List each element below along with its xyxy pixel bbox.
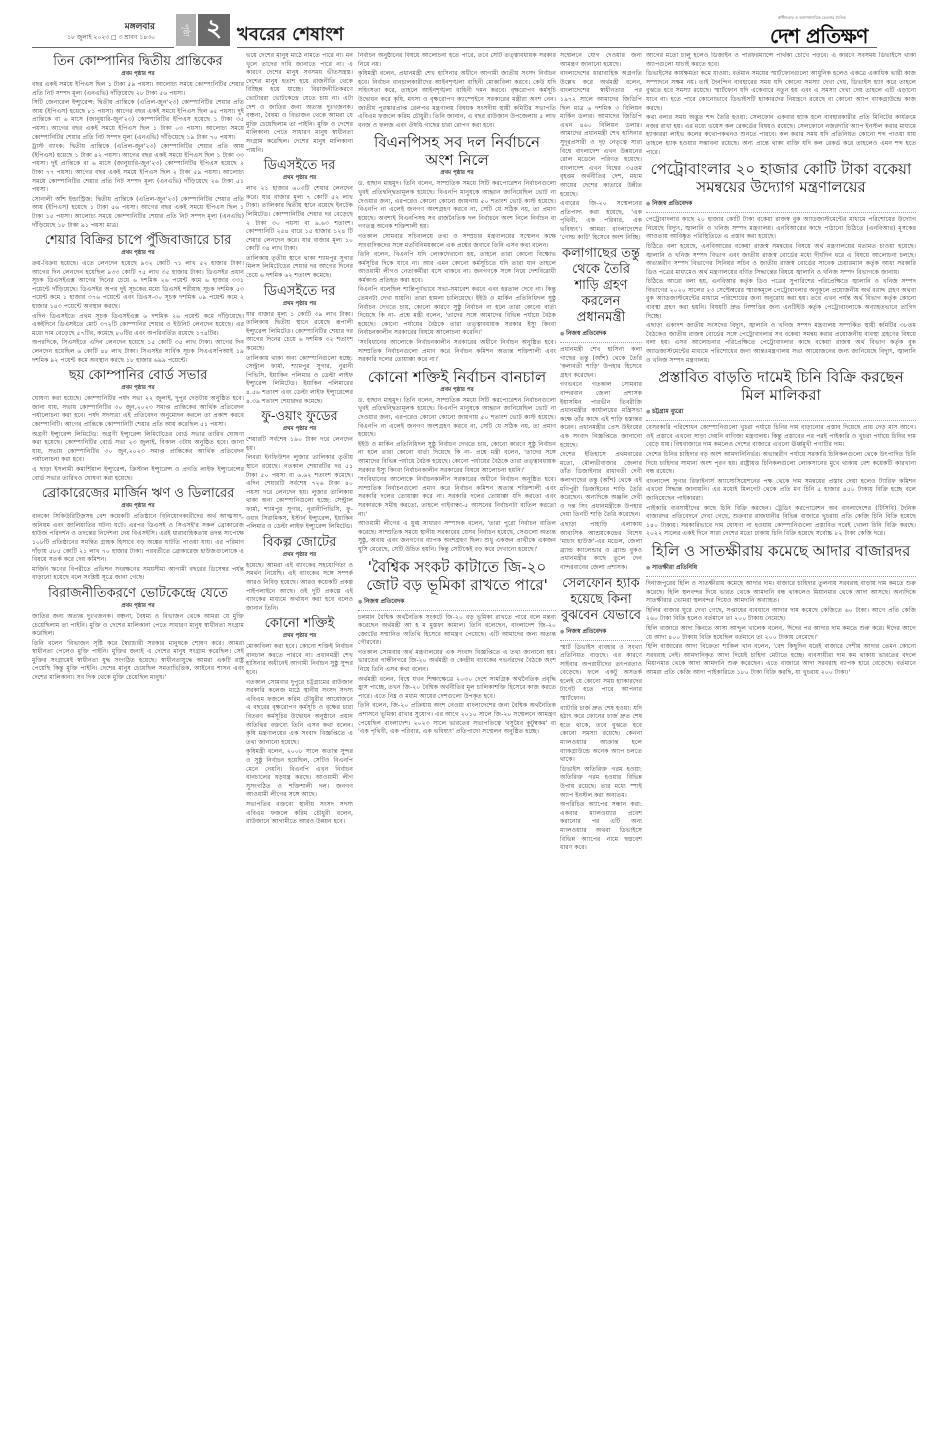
news-story: 'বৈশ্বিক সংকট কাটাতে জি-২০ জোট বড় ভূমিক…: [358, 558, 556, 737]
story-paragraph: তিনি বলেন, বিএনপি যদি লোকদেখানো হয়, তাহ…: [358, 251, 556, 285]
story-body: ড. হাছান মাহমুদ। তিনি বলেন, সাম্প্রতিক স…: [358, 180, 556, 364]
story-paragraph: গতকাল সোমবার দুপুরে চট্টগ্রামের রাউজান স…: [246, 679, 353, 748]
story-headline[interactable]: পেট্রোবাংলার ২০ হাজার কোটি টাকা বকেয়া স…: [646, 160, 916, 196]
story-paragraph: অপরদিকে, সিএসইতে এদিন লেনদেন হয়েছে ১৫ ক…: [32, 339, 244, 365]
story-paragraph: ডিভাইস অতিরিক্ত গরম হওয়া: অতিরিক্ত গরম …: [560, 766, 642, 800]
story-paragraph: সভাপতির বক্তব্যে স্থানীয় সংসদ সদস্য এবি…: [246, 801, 353, 827]
story-byline: নিজস্ব প্রতিবেদক: [560, 626, 642, 637]
story-headline[interactable]: কলাগাছের তন্তু থেকে তৈরি শাড়ি গ্রহণ করল…: [560, 246, 642, 326]
news-story: হিলি ও সাতক্ষীরায় কমেছে আদার বাজারদরসাত…: [646, 542, 916, 678]
news-story: তিন কোম্পানির দ্বিতীয় প্রান্তিকেরপ্রথম …: [32, 54, 244, 230]
story-body: ক্রয়-বিক্রয় হয়েছে। এতে লেনদেন হয়েছে …: [32, 260, 244, 365]
news-story: কোনো শক্তিইপ্রথম পৃষ্ঠার পরমোকাবিলা করা …: [246, 616, 353, 826]
story-headline[interactable]: বিরাজনীতিকরণে ভোটকেন্দ্রে যেতে: [32, 586, 244, 602]
story-headline[interactable]: হিলি ও সাতক্ষীরায় কমেছে আদার বাজারদর: [646, 542, 916, 560]
story-headline[interactable]: তিন কোম্পানির দ্বিতীয় প্রান্তিকের: [32, 54, 244, 70]
story-paragraph: কৃষিমন্ত্রী বলেন, প্রধানমন্ত্রী শেখ হাসি…: [358, 70, 556, 130]
story-paragraph: তালিকায় তৃতীয় স্থানে থাকা শ্যামপুর সুগ…: [246, 255, 353, 281]
header-rule-left: [32, 47, 174, 48]
story-body: বানকো সিকিউরিটিজসহ বেশ কয়েকটি প্রতিষ্ঠা…: [32, 513, 244, 583]
story-headline[interactable]: ডিএসইতে দর: [246, 284, 353, 300]
news-story: নির্বাচন অনুষ্ঠানের বিষয়ে আলোচনা হতে পা…: [358, 52, 556, 130]
story-paragraph: বাংলাদেশের ধারাবাহিক অগ্রগতি উল্লেখ করে …: [560, 70, 642, 199]
column-2: ভয়ে দেশের মানুষ মাঠে নামতে পারে না। মন …: [246, 52, 353, 1452]
story-paragraph: হয়েছে। আমরা এই ব্যাংকের সহযোগিতা ও সমর্…: [246, 562, 353, 614]
news-story: ছয় কোম্পানির বোর্ড সভারপ্রথম পৃষ্ঠার পর…: [32, 368, 244, 483]
story-paragraph: এদিন ডিএসইতে প্রথম সূচক ডিএসইএক্স ৬ দশমি…: [32, 313, 244, 339]
story-paragraph: তিনি বলেন, জি-২০ প্রক্রিয়ায় অংশ নেওয়া…: [358, 702, 556, 736]
story-paragraph: যার বাজার মূল্য ১ কোটি ৩৯ লাখ টাকা। তালি…: [246, 311, 353, 354]
story-body: লাখ ২১ হাজার ৬০৩টি শেয়ার লেনদেন করে। যা…: [246, 185, 353, 281]
news-story: ডিএসইতে দরপ্রথম পৃষ্ঠার পরযার বাজার মূল্…: [246, 284, 353, 407]
story-headline[interactable]: বিএনপিসহ সব দল নির্বাচনে অংশ নিলে: [358, 133, 556, 169]
story-headline[interactable]: ব্রোকারেজের মার্জিন ঋণ ও ডিলারের: [32, 486, 244, 502]
logo-tagline: স্বাধীনতার ও অসাম্প্রদায়িক চেতনার দৈনিক: [778, 15, 846, 22]
story-paragraph: বানকো সিকিউরিটিজসহ বেশ কয়েকটি প্রতিষ্ঠা…: [32, 513, 244, 565]
story-paragraph: বাংলাদেশ সুগার রিফাইনার্স অ্যাসোসিয়েশনে…: [646, 478, 916, 504]
story-paragraph: গতকাল সোমবার সচিবালয়ে তথ্য ও সম্প্রচার …: [358, 233, 556, 250]
story-paragraph: হিলির বাজার ঘুরে দেখা গেছে, সপ্তাহের ব্য…: [646, 607, 916, 624]
story-paragraph: মোকাবিলা করা হবে। কোনো শক্তিই নির্বাচন ব…: [246, 643, 353, 677]
story-paragraph: গণভবনে গতকাল সোমবার বান্দরবান জেলা প্রশা…: [560, 381, 642, 450]
story-paragraph: এছাড়া পাহাড়ি এলাকায় আবাসিক আশ্রয়কেন্…: [560, 521, 642, 573]
story-paragraph: কৃষিমন্ত্রী বলেন, ২০০৮ সালে অত্যন্ত সুন্…: [246, 748, 353, 800]
story-paragraph: বছর একই সময়ে ইপিএস ছিল ১ টাকা ৫৯ পয়সা।…: [32, 81, 244, 98]
masthead: মঙ্গলবার ১৮ জুলাই ২০২৩ □ ৩ শ্রাবণ ১৪৩০ প…: [0, 0, 945, 52]
story-paragraph: ব্যাটারি চার্জ দ্রুত শেষ হওয়া: যদি হঠাৎ…: [560, 705, 642, 765]
story-paragraph: এ ছাড়া ইসলামী কমার্শিয়াল ইন্স্যুরেন্স,…: [32, 466, 244, 483]
news-story: সেলফোন হ্যাক হয়েছে কিনা বুঝবেন যেভাবেনি…: [560, 576, 642, 853]
story-headline[interactable]: কোনো শক্তিই নির্বাচন বানচাল: [358, 368, 556, 386]
dotted-divider: [646, 420, 916, 421]
story-body: নির্বাচন অনুষ্ঠানের বিষয়ে আলোচনা হতে পা…: [358, 52, 556, 130]
news-story: প্রস্তাবিত বাড়তি দামেই চিনি বিক্রি করছে…: [646, 368, 916, 539]
story-body: ভয়ে দেশের মানুষ মাঠে নামতে পারে না। মন …: [246, 52, 353, 155]
story-paragraph: দিনাজপুরের হিলি ও সাতক্ষীরায় কমেছে আদার…: [646, 580, 916, 606]
story-paragraph: হিলি বাজারের আদা বিক্রেতা শাকিল খান বলেন…: [646, 643, 916, 677]
news-story: কলাগাছের তন্তু থেকে তৈরি শাড়ি গ্রহণ করল…: [560, 246, 642, 572]
story-paragraph: পাইকারি ব্যবসায়ীদের কাছে চিনি বিক্রি কর…: [646, 505, 916, 539]
story-headline[interactable]: শেয়ার বিক্রির চাপে পুঁজিবাজারে চার: [32, 233, 244, 249]
story-paragraph: ইইউ ও মার্কিন প্রতিনিধিদল সুষ্ঠু নির্বাচ…: [358, 441, 556, 475]
news-story: বিকল্প জোটেরপ্রথম পৃষ্ঠার পরহয়েছে। আমরা…: [246, 535, 353, 614]
story-paragraph: এবারের জি-২০ সম্মেলনের প্রতিপাদ্য করা হয…: [560, 200, 642, 243]
date-line: ১৮ জুলাই ২০২৩ □ ৩ শ্রাবণ ১৪৩০: [67, 33, 155, 42]
story-body: জাতির জন্য অত্যন্ত দুঃখজনক। বঞ্চনা, বৈষম…: [32, 613, 244, 683]
page-label: পৃষ্ঠা: [176, 14, 196, 46]
story-body: মোকাবিলা করা হবে। কোনো শক্তিই নির্বাচন ব…: [246, 643, 353, 826]
news-story: ভয়ে দেশের মানুষ মাঠে নামতে পারে না। মন …: [246, 52, 353, 155]
story-headline[interactable]: সেলফোন হ্যাক হয়েছে কিনা বুঝবেন যেভাবে: [560, 576, 642, 624]
story-body: শেয়ারটি সর্বশেষ ১৯০ টাকা দরে লেনদেন হয়…: [246, 436, 353, 532]
story-body: যার বাজার মূল্য ১ কোটি ৩৯ লাখ টাকা। তালি…: [246, 311, 353, 407]
story-body: হয়েছে। আমরা এই ব্যাংকের সহযোগিতা ও সমর্…: [246, 562, 353, 614]
story-headline[interactable]: ছয় কোম্পানির বোর্ড সভার: [32, 368, 244, 384]
story-paragraph: তালিকায় থাকা অন্য কোম্পানিগুলো হচ্ছে: স…: [246, 355, 353, 407]
story-byline: নিজস্ব প্রতিবেদক: [358, 596, 556, 607]
continued-from-label: প্রথম পৃষ্ঠার পর: [32, 71, 244, 79]
dotted-divider: [646, 576, 916, 577]
story-paragraph: চলমান বৈশ্বিক অর্থনৈতিক সংকটে জি-২০ বড় …: [358, 614, 556, 648]
story-paragraph: ক্রয়-বিক্রয় হয়েছে। এতে লেনদেন হয়েছে …: [32, 260, 244, 312]
story-headline[interactable]: বিকল্প জোটের: [246, 535, 353, 551]
story-body: প্রধানমন্ত্রী শেখ হাসিনা কলা গাছের তন্তু…: [560, 346, 642, 572]
story-paragraph: চিঠিতে আরো বলা হয়, এনবিআর কর্তৃক ডিও পত…: [646, 278, 916, 321]
continued-from-label: প্রথম পৃষ্ঠার পর: [246, 633, 353, 641]
story-body: আগের মতো চালু হলেও ডিজাইন ও পারফরম্যান্স…: [646, 52, 916, 157]
story-paragraph: তিনি বলেন 'বিভাজন সৃষ্টি করে স্বৈরাচারী …: [32, 640, 244, 683]
story-paragraph: 'সংবিধানের আলোকে নির্বাচনকালীন সরকারের অ…: [358, 476, 556, 519]
dotted-divider: [560, 342, 642, 343]
story-paragraph: লিবরা ইনফিউশন লুজার তালিকার তৃতীয় স্থান…: [246, 454, 353, 531]
story-paragraph: ভয়ে দেশের মানুষ মাঠে নামতে পারে না। মন …: [246, 52, 353, 155]
story-headline[interactable]: ডিএসইতে দর: [246, 158, 353, 174]
story-paragraph: আগের মতো চালু হলেও ডিজাইন ও পারফরম্যান্স…: [646, 52, 916, 69]
story-paragraph: আওয়ামী লীগের এ যুগ্ম সাধারণ সম্পাদক বলে…: [358, 520, 556, 554]
continued-from-label: প্রথম পৃষ্ঠার পর: [32, 385, 244, 393]
continued-from-label: প্রথম পৃষ্ঠার পর: [32, 603, 244, 611]
story-headline[interactable]: 'বৈশ্বিক সংকট কাটাতে জি-২০ জোট বড় ভূমিক…: [358, 558, 556, 594]
continued-from-label: প্রথম পৃষ্ঠার পর: [246, 426, 353, 434]
news-story: সম্মেলনে যোগ দেওয়ার জন্য আমন্ত্রণ জানান…: [560, 52, 642, 243]
column-5: আগের মতো চালু হলেও ডিজাইন ও পারফরম্যান্স…: [646, 52, 916, 1452]
story-paragraph: বেসরকারি পরিশোধন কোম্পানিগুলো খুচরা পর্য…: [646, 424, 916, 450]
news-story: পেট্রোবাংলার ২০ হাজার কোটি টাকা বকেয়া স…: [646, 160, 916, 365]
column-1: তিন কোম্পানির দ্বিতীয় প্রান্তিকেরপ্রথম …: [32, 52, 244, 1452]
continued-from-label: প্রথম পৃষ্ঠার পর: [246, 552, 353, 560]
story-paragraph: নির্বাচন অনুষ্ঠানের বিষয়ে আলোচনা হতে পা…: [358, 52, 556, 69]
story-paragraph: ড. হাছান মাহমুদ। তিনি বলেন, সাম্প্রতিক স…: [358, 397, 556, 440]
newspaper-logo: দেশ প্রতিক্ষণ: [770, 22, 868, 55]
story-paragraph: জাতির জন্য অত্যন্ত দুঃখজনক। বঞ্চনা, বৈষম…: [32, 613, 244, 639]
story-paragraph: ড. হাছান মাহমুদ। তিনি বলেন, সাম্প্রতিক স…: [358, 180, 556, 232]
story-paragraph: লাখ ২১ হাজার ৬০৩টি শেয়ার লেনদেন করে। যা…: [246, 185, 353, 254]
story-body: বেসরকারি পরিশোধন কোম্পানিগুলো খুচরা পর্য…: [646, 424, 916, 539]
story-body: স্মার্ট ডিভাইস ব্যবহার ও সংখ্যা প্রতিনিয…: [560, 644, 642, 853]
story-paragraph: এছাড়া একাদশ জাতীয় সংসদের বিদ্যুৎ, জ্বা…: [646, 322, 916, 365]
story-paragraph: প্রধানমন্ত্রী শেখ হাসিনা কলা গাছের তন্তু…: [560, 346, 642, 380]
story-paragraph: মার্জিন ঋণের বিপরীতে প্রভিশন সংরক্ষণের স…: [32, 566, 244, 583]
story-body: চলমান বৈশ্বিক অর্থনৈতিক সংকটে জি-২০ বড় …: [358, 614, 556, 737]
story-paragraph: কথা বলার সময় অদ্ভুত শব্দ তৈরি হওয়া: সে…: [646, 114, 916, 157]
story-paragraph: সম্মেলনে যোগ দেওয়ার জন্য আমন্ত্রণ জানান…: [560, 52, 642, 69]
story-body: দিনাজপুরের হিলি ও সাতক্ষীরায় কমেছে আদার…: [646, 580, 916, 678]
story-paragraph: দেশের ইতিহাসে প্রথমবারের মতো, মৌলভীবাজার…: [560, 451, 642, 520]
story-body: বছর একই সময়ে ইপিএস ছিল ১ টাকা ৫৯ পয়সা।…: [32, 81, 244, 230]
news-story: কোনো শক্তিই নির্বাচন বানচালপ্রথম পৃষ্ঠার…: [358, 368, 556, 555]
story-paragraph: ঘোষণা করা হয়েছে। কোম্পানিটির পর্ষদ সভা …: [32, 395, 244, 429]
story-paragraph: চিঠিতে বলা হয়েছে, এনবিআরের বকেয়া রাজস্…: [646, 243, 916, 277]
story-paragraph: দেশের চিনির চাহিদার বড় অংশ আমদানিনির্ভর…: [646, 451, 916, 477]
story-paragraph: অপরিচিত অ্যাপের সন্ধান করা: একবার ম্যালও…: [560, 801, 642, 853]
story-body: ড. হাছান মাহমুদ। তিনি বলেন, সাম্প্রতিক স…: [358, 397, 556, 555]
news-story: ব্রোকারেজের মার্জিন ঋণ ও ডিলারেরপ্রথম পৃ…: [32, 486, 244, 583]
story-headline[interactable]: ফু-ওয়াং ফুডের: [246, 409, 353, 425]
story-body: সম্মেলনে যোগ দেওয়ার জন্য আমন্ত্রণ জানান…: [560, 52, 642, 243]
dotted-divider: [358, 610, 556, 611]
dotted-divider: [560, 640, 642, 641]
story-paragraph: বিএনপি বলেছিল শান্তিপূর্ণভাবে সভা-সমাবেশ…: [358, 286, 556, 338]
column-3: নির্বাচন অনুষ্ঠানের বিষয়ে আলোচনা হতে পা…: [358, 52, 556, 1452]
page-number: ২: [198, 14, 230, 46]
dotted-divider: [646, 212, 916, 213]
continued-from-label: প্রথম পৃষ্ঠার পর: [246, 175, 353, 183]
news-story: বিরাজনীতিকরণে ভোটকেন্দ্রে যেতেপ্রথম পৃষ্…: [32, 586, 244, 683]
story-paragraph: সোনালী আঁশ ইন্ডাস্ট্রিজ: দ্বিতীয় প্রান্…: [32, 196, 244, 230]
continued-from-label: প্রথম পৃষ্ঠার পর: [246, 301, 353, 309]
story-paragraph: পেট্রোবাংলার কাছে ২০ হাজার কোটি টাকা বকে…: [646, 216, 916, 242]
news-story: শেয়ার বিক্রির চাপে পুঁজিবাজারে চারপ্রথম…: [32, 233, 244, 365]
story-paragraph: অর্থমন্ত্রী বলেন, বিশ্বে যখন শিক্ষাক্ষেত…: [358, 676, 556, 702]
continued-from-label: প্রথম পৃষ্ঠার পর: [358, 170, 556, 178]
story-body: ঘোষণা করা হয়েছে। কোম্পানিটির পর্ষদ সভা …: [32, 395, 244, 483]
story-headline[interactable]: প্রস্তাবিত বাড়তি দামেই চিনি বিক্রি করছে…: [646, 368, 916, 404]
story-paragraph: ডিভাইসের কার্যক্ষমতা কমে যাওয়া: বর্তমান…: [646, 70, 916, 113]
story-paragraph: ট্রাস্ট ব্যাংক: দ্বিতীয় প্রান্তিকে (এপ্…: [32, 143, 244, 195]
continued-from-label: প্রথম পৃষ্ঠার পর: [32, 250, 244, 258]
story-body: পেট্রোবাংলার কাছে ২০ হাজার কোটি টাকা বকে…: [646, 216, 916, 365]
story-paragraph: গতকাল সোমবার অর্থ মন্ত্রণালয়ের এক সংবাদ…: [358, 649, 556, 675]
story-byline: সাতক্ষীরা প্রতিনিধি: [646, 562, 916, 573]
story-paragraph: সিটি জেনারেল ইন্স্যুরেন্স: দ্বিতীয় প্রা…: [32, 99, 244, 142]
continued-from-label: প্রথম পৃষ্ঠার পর: [32, 503, 244, 511]
news-story: বিএনপিসহ সব দল নির্বাচনে অংশ নিলেপ্রথম প…: [358, 133, 556, 364]
column-4: সম্মেলনে যোগ দেওয়ার জন্য আমন্ত্রণ জানান…: [560, 52, 642, 1452]
story-paragraph: শেয়ারটি সর্বশেষ ১৯০ টাকা দরে লেনদেন হয়…: [246, 436, 353, 453]
news-story: ফু-ওয়াং ফুডেরপ্রথম পৃষ্ঠার পরশেয়ারটি স…: [246, 409, 353, 532]
date-block: মঙ্গলবার ১৮ জুলাই ২০২৩ □ ৩ শ্রাবণ ১৪৩০: [67, 22, 155, 42]
story-paragraph: হিলি বাজারে আদা কিনতে আসা আব্দুল খালেক ব…: [646, 625, 916, 642]
news-story: আগের মতো চালু হলেও ডিজাইন ও পারফরম্যান্স…: [646, 52, 916, 157]
continued-from-label: প্রথম পৃষ্ঠার পর: [358, 387, 556, 395]
news-story: ডিএসইতে দরপ্রথম পৃষ্ঠার পরলাখ ২১ হাজার ৬…: [246, 158, 353, 281]
story-paragraph: স্মার্ট ডিভাইস ব্যবহার ও সংখ্যা প্রতিনিয…: [560, 644, 642, 704]
story-headline[interactable]: কোনো শক্তিই: [246, 616, 353, 632]
story-paragraph: অগ্রণী ইন্স্যুরেন্স লিমিটেড: অগ্রণী ইন্স…: [32, 431, 244, 465]
story-byline: নিজস্ব প্রতিবেদক: [560, 328, 642, 339]
story-byline: চট্টগ্রাম ব্যুরো: [646, 406, 916, 417]
story-paragraph: 'সংবিধানের আলোকে নির্বাচনকালীন সরকারের অ…: [358, 339, 556, 365]
weekday: মঙ্গলবার: [67, 22, 155, 33]
story-byline: নিজস্ব প্রতিবেদক: [646, 198, 916, 209]
